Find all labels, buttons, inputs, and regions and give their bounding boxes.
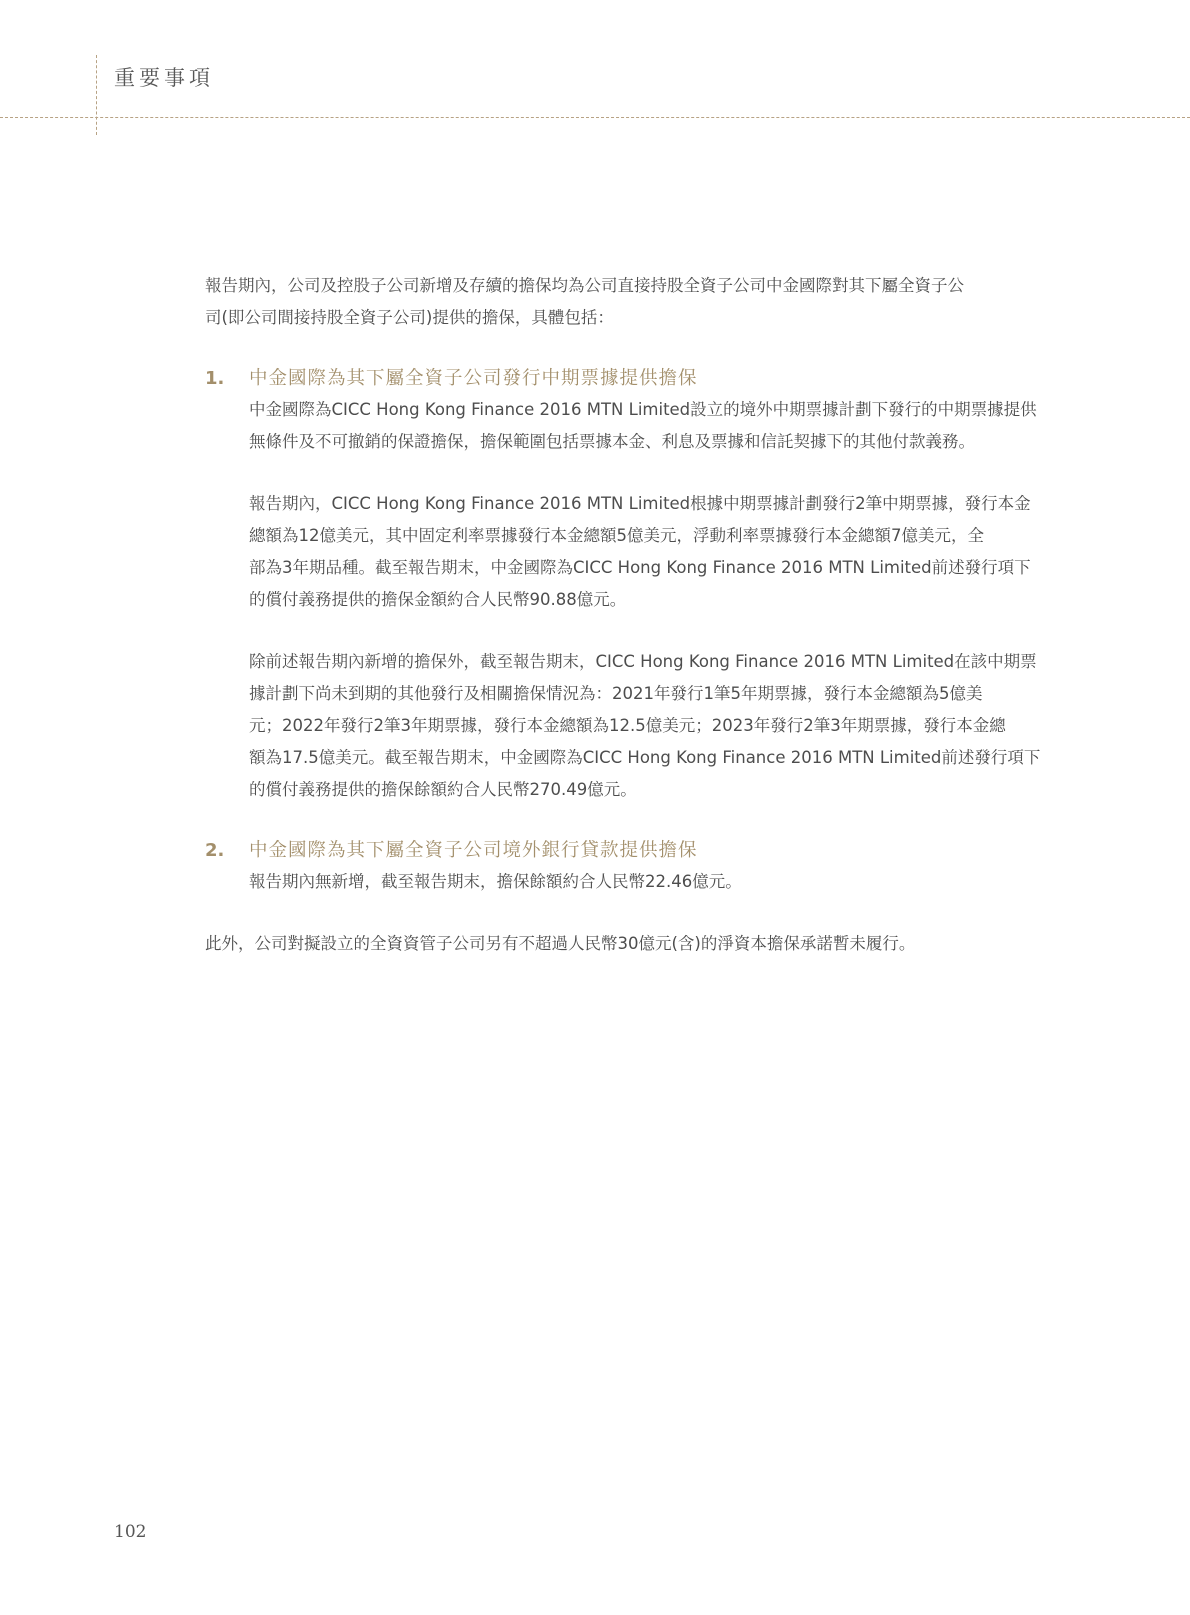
section-number: 1. [205, 368, 249, 389]
text-line: 元；2022年發行2筆3年期票據，發行本金總額為12.5億美元；2023年發行2… [249, 710, 1100, 742]
text-line: 除前述報告期內新增的擔保外，截至報告期末，CICC Hong Kong Fina… [249, 646, 1100, 678]
section-number: 2. [205, 840, 249, 861]
section-header-title: 重要事項 [114, 62, 214, 92]
page-number: 102 [114, 1522, 146, 1542]
paragraph: 除前述報告期內新增的擔保外，截至報告期末，CICC Hong Kong Fina… [249, 646, 1100, 806]
text-line: 報告期內無新增，截至報告期末，擔保餘額約合人民幣22.46億元。 [249, 866, 1100, 898]
header-vertical-rule [96, 55, 97, 135]
text-line: 司(即公司間接持股全資子公司)提供的擔保，具體包括： [205, 302, 1100, 334]
intro-paragraph: 報告期內，公司及控股子公司新增及存續的擔保均為公司直接持股全資子公司中金國際對其… [205, 270, 1100, 334]
section-title: 中金國際為其下屬全資子公司境外銀行貸款提供擔保 [249, 836, 698, 862]
closing-paragraph: 此外，公司對擬設立的全資資管子公司另有不超過人民幣30億元(含)的淨資本擔保承諾… [205, 928, 1100, 960]
text-line: 報告期內，公司及控股子公司新增及存續的擔保均為公司直接持股全資子公司中金國際對其… [205, 270, 1100, 302]
text-line: 中金國際為CICC Hong Kong Finance 2016 MTN Lim… [249, 394, 1100, 426]
paragraph: 報告期內，CICC Hong Kong Finance 2016 MTN Lim… [249, 488, 1100, 616]
paragraph: 報告期內無新增，截至報告期末，擔保餘額約合人民幣22.46億元。 [249, 866, 1100, 898]
text-line: 報告期內，CICC Hong Kong Finance 2016 MTN Lim… [249, 488, 1100, 520]
document-body: 報告期內，公司及控股子公司新增及存續的擔保均為公司直接持股全資子公司中金國際對其… [205, 270, 1100, 960]
section-heading-2: 2. 中金國際為其下屬全資子公司境外銀行貸款提供擔保 [205, 836, 1100, 862]
text-line: 無條件及不可撤銷的保證擔保，擔保範圍包括票據本金、利息及票據和信託契據下的其他付… [249, 426, 1100, 458]
section-title: 中金國際為其下屬全資子公司發行中期票據提供擔保 [249, 364, 698, 390]
text-line: 部為3年期品種。截至報告期末，中金國際為CICC Hong Kong Finan… [249, 552, 1100, 584]
text-line: 的償付義務提供的擔保餘額約合人民幣270.49億元。 [249, 774, 1100, 806]
text-line: 據計劃下尚未到期的其他發行及相關擔保情況為：2021年發行1筆5年期票據，發行本… [249, 678, 1100, 710]
text-line: 此外，公司對擬設立的全資資管子公司另有不超過人民幣30億元(含)的淨資本擔保承諾… [205, 928, 1100, 960]
text-line: 總額為12億美元，其中固定利率票據發行本金總額5億美元，浮動利率票據發行本金總額… [249, 520, 1100, 552]
header-horizontal-rule [0, 117, 1190, 118]
paragraph: 中金國際為CICC Hong Kong Finance 2016 MTN Lim… [249, 394, 1100, 458]
text-line: 的償付義務提供的擔保金額約合人民幣90.88億元。 [249, 584, 1100, 616]
section-heading-1: 1. 中金國際為其下屬全資子公司發行中期票據提供擔保 [205, 364, 1100, 390]
section-1-body: 中金國際為CICC Hong Kong Finance 2016 MTN Lim… [249, 394, 1100, 806]
section-2-body: 報告期內無新增，截至報告期末，擔保餘額約合人民幣22.46億元。 [249, 866, 1100, 898]
text-line: 額為17.5億美元。截至報告期末，中金國際為CICC Hong Kong Fin… [249, 742, 1100, 774]
